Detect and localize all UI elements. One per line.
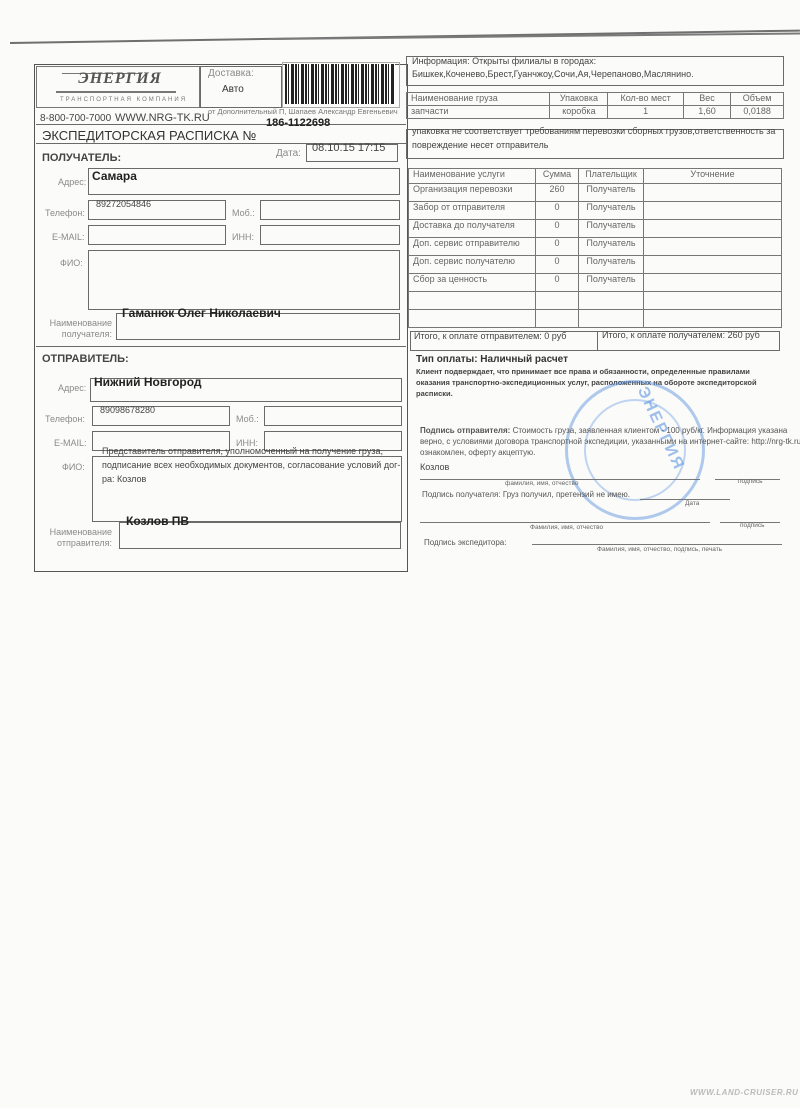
services-cell: 0 <box>536 220 579 238</box>
sender-signature-label: Подпись отправителя: <box>420 426 510 435</box>
watermark: WWW.LAND-CRUISER.RU <box>690 1088 798 1097</box>
services-cell <box>579 310 644 328</box>
services-cell: 0 <box>536 238 579 256</box>
recipient-fio-line[interactable] <box>420 522 710 523</box>
services-cell: Сбор за ценность <box>409 274 536 292</box>
services-cell <box>644 292 782 310</box>
services-row: Доставка до получателя0Получатель <box>409 220 782 238</box>
recipient-email-field[interactable] <box>88 225 226 245</box>
forwarder-signature-label: Подпись экспедитора: <box>424 538 506 547</box>
logo-swoosh <box>56 91 176 93</box>
cargo-cell: запчасти <box>407 106 550 119</box>
cargo-row: запчасти коробка 1 1,60 0,0188 <box>407 106 784 119</box>
services-header-cell: Уточнение <box>644 169 782 184</box>
recipient-mobile-field[interactable] <box>260 200 400 220</box>
services-cell <box>409 310 536 328</box>
sender-mobile-label: Моб.: <box>236 414 259 424</box>
payment-terms-line2: оказания транспортно-экспедиционных услу… <box>416 378 757 387</box>
sender-fio-caption: фамилия, имя, отчество <box>505 480 579 487</box>
recipient-fio-label: ФИО: <box>60 258 83 268</box>
delivery-value: Авто <box>222 84 244 95</box>
services-header-cell: Наименование услуги <box>409 169 536 184</box>
services-cell: 260 <box>536 184 579 202</box>
services-cell <box>644 256 782 274</box>
recipient-inn-label: ИНН: <box>232 232 254 242</box>
services-cell: Доставка до получателя <box>409 220 536 238</box>
sender-signature-name: Козлов <box>420 462 449 472</box>
services-cell <box>644 220 782 238</box>
info-line2: Бишкек,Коченево,Брест,Гуанчжоу,Сочи,Ая,Ч… <box>412 69 694 79</box>
services-cell <box>536 292 579 310</box>
recipient-phone-value: 89272054846 <box>96 199 151 209</box>
recipient-signature-text: Груз получил, претензий не имею. <box>503 490 630 499</box>
sender-signature-line2: верно, с условиями договора транспортной… <box>420 437 800 446</box>
services-cell: Получатель <box>579 256 644 274</box>
cargo-header-cell: Кол-во мест <box>608 93 683 106</box>
package-note-line1: упаковка не соответствует требованиям пе… <box>412 126 775 136</box>
payment-terms-line1: Клиент подверждает, что принимает все пр… <box>416 367 750 376</box>
services-row: Организация перевозки260Получатель <box>409 184 782 202</box>
recipient-fio-caption: Фамилия, имя, отчество <box>530 524 603 531</box>
services-row: Сбор за ценность0Получатель <box>409 274 782 292</box>
recipient-inn-field[interactable] <box>260 225 400 245</box>
cargo-header-cell: Объем <box>731 93 784 106</box>
cargo-cell: 1,60 <box>683 106 730 119</box>
recipient-phone-label: Телефон: <box>45 208 85 218</box>
company-logo: ЭНЕРГИЯ <box>50 70 190 88</box>
cargo-cell: 0,0188 <box>731 106 784 119</box>
document-title: ЭКСПЕДИТОРСКАЯ РАСПИСКА № <box>42 128 256 143</box>
services-cell: Получатель <box>579 238 644 256</box>
recipient-address-value: Самара <box>92 169 137 183</box>
services-cell: Доп. сервис отправителю <box>409 238 536 256</box>
company-subtitle: ТРАНСПОРТНАЯ КОМПАНИЯ <box>60 97 187 103</box>
cargo-header-cell: Вес <box>683 93 730 106</box>
services-header-cell: Сумма <box>536 169 579 184</box>
services-cell: Доп. сервис получателю <box>409 256 536 274</box>
info-line1: Информация: Открыты филиалы в городах: <box>412 56 596 66</box>
services-cell <box>579 292 644 310</box>
services-header-row: Наименование услуги Сумма Плательщик Уто… <box>409 169 782 184</box>
company-website: WWW.NRG-TK.RU <box>115 112 210 124</box>
services-cell: 0 <box>536 256 579 274</box>
services-row: Доп. сервис отправителю0Получатель <box>409 238 782 256</box>
package-note-line2: повреждение несет отправитель <box>412 140 548 150</box>
payment-type: Тип оплаты: Наличный расчет <box>416 354 568 365</box>
sender-address-label: Адрес: <box>58 383 86 393</box>
sender-phone-label: Телефон: <box>45 414 85 424</box>
recipient-name-label: Наименование <box>40 318 112 328</box>
services-cell: 0 <box>536 202 579 220</box>
totals-divider <box>597 331 598 351</box>
sender-signature-block: Подпись отправителя: Стоимость груза, за… <box>420 426 787 435</box>
payment-terms-line3: расписки. <box>416 389 453 398</box>
services-cell: Организация перевозки <box>409 184 536 202</box>
services-row: Забор от отправителя0Получатель <box>409 202 782 220</box>
services-row <box>409 310 782 328</box>
services-table: Наименование услуги Сумма Плательщик Уто… <box>408 168 782 328</box>
recipient-email-label: E-MAIL: <box>52 232 85 242</box>
services-row <box>409 292 782 310</box>
services-cell: Получатель <box>579 202 644 220</box>
section-divider <box>36 346 406 347</box>
total-sender: Итого, к оплате отправителем: 0 руб <box>414 331 566 341</box>
date-label: Дата: <box>276 148 301 159</box>
barcode <box>285 64 395 104</box>
services-header-cell: Плательщик <box>579 169 644 184</box>
sender-email-label: E-MAIL: <box>54 438 87 448</box>
sender-sign-caption: подпись <box>738 478 763 485</box>
services-cell: Получатель <box>579 220 644 238</box>
services-cell <box>409 292 536 310</box>
cargo-header-row: Наименование груза Упаковка Кол-во мест … <box>407 93 784 106</box>
cargo-table: Наименование груза Упаковка Кол-во мест … <box>406 92 784 119</box>
recipient-signature-block: Подпись получателя: Груз получил, претен… <box>422 490 630 499</box>
services-row: Доп. сервис получателю0Получатель <box>409 256 782 274</box>
services-cell: Забор от отправителя <box>409 202 536 220</box>
sender-fio-line3: ра: Козлов <box>102 474 146 484</box>
sender-name-label-2: отправителя: <box>40 538 112 548</box>
recipient-mobile-label: Моб.: <box>232 208 255 218</box>
sender-fio-label: ФИО: <box>62 462 85 472</box>
services-cell <box>536 310 579 328</box>
forwarder-caption: Фамилия, имя, отчество, подпись, печать <box>597 546 722 553</box>
document-number: 186-1122698 <box>266 117 330 129</box>
recipient-fio-field[interactable] <box>88 250 400 310</box>
services-cell: Получатель <box>579 274 644 292</box>
sender-name-label: Наименование <box>40 527 112 537</box>
recipient-date-caption: Дата <box>685 500 699 507</box>
date-value: 08.10.15 17:15 <box>312 142 385 154</box>
sender-fio-line1: Представитель отправителя, уполномоченны… <box>102 446 383 456</box>
recipient-heading: ПОЛУЧАТЕЛЬ: <box>42 152 121 164</box>
sender-signature-line3: ознакомлен, оферту акцептую. <box>420 448 535 457</box>
delivery-label: Доставка: <box>208 68 254 79</box>
cargo-cell: коробка <box>550 106 608 119</box>
recipient-signature-label: Подпись получателя: <box>422 490 501 499</box>
cargo-cell: 1 <box>608 106 683 119</box>
sender-address-value: Нижний Новгород <box>94 375 202 389</box>
services-cell <box>644 202 782 220</box>
company-phone: 8-800-700-7000 <box>40 113 111 124</box>
from-line: от Дополнительный П, Шапаев Александр Ев… <box>208 107 398 116</box>
sender-fio-line2: подписание всех необходимых документов, … <box>102 460 400 470</box>
services-cell: Получатель <box>579 184 644 202</box>
services-cell <box>644 310 782 328</box>
services-cell <box>644 184 782 202</box>
sender-heading: ОТПРАВИТЕЛЬ: <box>42 353 129 365</box>
sender-phone-value: 89098678280 <box>100 405 155 415</box>
sender-name-value: Козлов ПВ <box>126 514 189 528</box>
sender-signature-line1: Стоимость груза, заявленная клиентом - 1… <box>513 426 788 435</box>
recipient-name-label-2: получателя: <box>40 329 112 339</box>
recipient-sign-caption: подпись <box>740 522 765 529</box>
cargo-header-cell: Наименование груза <box>407 93 550 106</box>
recipient-address-label: Адрес: <box>58 177 86 187</box>
forwarder-signature-line[interactable] <box>532 544 782 545</box>
recipient-name-value: Гаманюк Олег Николаевич <box>122 306 281 320</box>
cargo-header-cell: Упаковка <box>550 93 608 106</box>
total-recipient: Итого, к оплате получателем: 260 руб <box>602 330 760 340</box>
services-cell <box>644 274 782 292</box>
sender-mobile-field[interactable] <box>264 406 402 426</box>
services-cell <box>644 238 782 256</box>
services-cell: 0 <box>536 274 579 292</box>
